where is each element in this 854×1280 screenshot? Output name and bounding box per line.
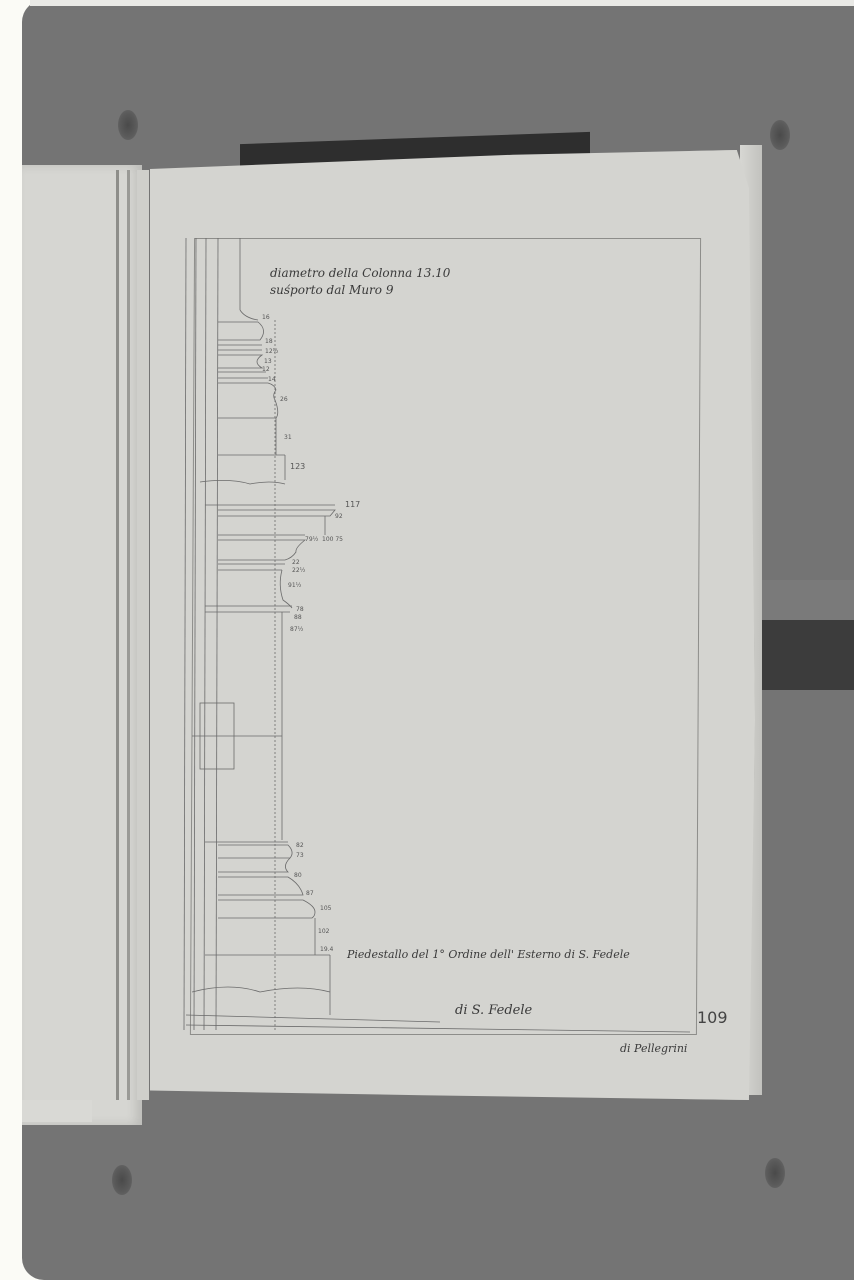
- dimension-label: 100 75: [322, 536, 343, 543]
- pedestal-profile-drawing: [0, 0, 854, 1280]
- dimension-label: 79½: [305, 536, 318, 543]
- dimension-label: 88: [294, 614, 302, 621]
- dimension-label: 31: [284, 434, 292, 441]
- drawing-caption: Piedestallo del 1° Ordine dell' Esterno …: [347, 948, 630, 961]
- dimension-label: 12: [262, 366, 270, 373]
- dimension-label: 22: [292, 559, 300, 566]
- dimension-label: 16: [262, 314, 270, 321]
- dimension-label: 73: [296, 852, 304, 859]
- dimension-label: 91½: [288, 582, 301, 589]
- dimension-label: 78: [296, 606, 304, 613]
- dimension-label: 87: [306, 890, 314, 897]
- dimension-label: 18: [265, 338, 273, 345]
- heading-wall-projection: suśporto dal Muro 9: [270, 283, 393, 297]
- dimension-label: 12½: [265, 348, 278, 355]
- heading-column-diameter: diametro della Colonna 13.10: [270, 266, 450, 280]
- dimension-label: 14: [268, 376, 276, 383]
- dimension-label: 19.4: [320, 946, 333, 953]
- drawing-subcaption: di S. Fedele: [455, 1003, 532, 1018]
- dimension-label: 123: [290, 462, 305, 471]
- dimension-label: 80: [294, 872, 302, 879]
- dimension-label: 92: [335, 513, 343, 520]
- dimension-label: 26: [280, 396, 288, 403]
- dimension-label: 82: [296, 842, 304, 849]
- author-signature: di Pellegrini: [620, 1042, 687, 1055]
- dimension-label: 87½: [290, 626, 303, 633]
- dimension-label: 22½: [292, 567, 305, 574]
- dimension-label: 105: [320, 905, 331, 912]
- dimension-label: 117: [345, 500, 360, 509]
- dimension-label: 13: [264, 358, 272, 365]
- page-number: 109: [697, 1008, 728, 1027]
- dimension-label: 102: [318, 928, 329, 935]
